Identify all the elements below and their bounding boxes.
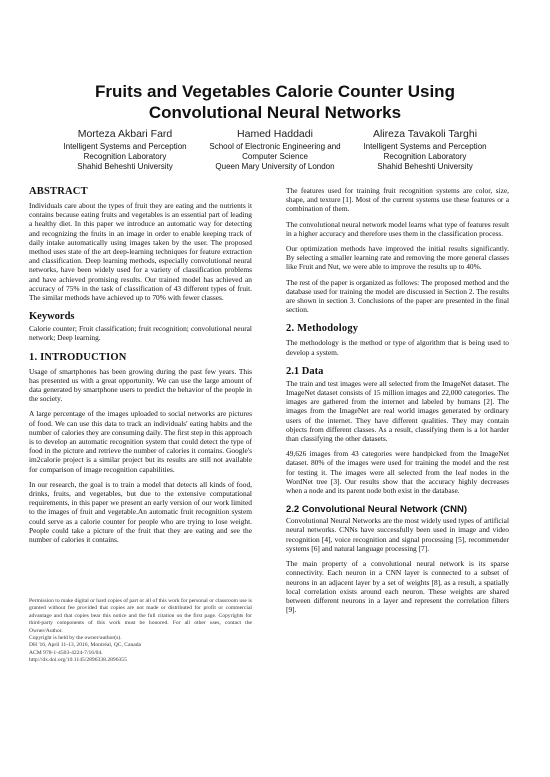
permission-notice: Permission to make digital or hard copie… bbox=[29, 598, 252, 635]
paragraph: The rest of the paper is organized as fo… bbox=[286, 278, 509, 315]
conference-line: DH '16, April 11-13, 2016, Montréal, QC,… bbox=[29, 642, 252, 649]
author-affiliation: Queen Mary University of London bbox=[200, 162, 350, 172]
author-3: Alireza Tavakoli Targhi Intelligent Syst… bbox=[350, 128, 500, 172]
author-affiliation: Recognition Laboratory bbox=[50, 152, 200, 162]
paper-page: Fruits and Vegetables Calorie Counter Us… bbox=[0, 0, 550, 777]
paragraph: The main property of a convolutional neu… bbox=[286, 559, 509, 614]
author-name: Alireza Tavakoli Targhi bbox=[350, 128, 500, 141]
author-affiliation: School of Electronic Engineering and bbox=[200, 142, 350, 152]
paragraph: Usage of smartphones has been growing du… bbox=[29, 367, 252, 404]
acm-isbn: ACM 978-1-4503-4224-7/16/04. bbox=[29, 650, 252, 657]
author-block: Morteza Akbari Fard Intelligent Systems … bbox=[50, 128, 500, 172]
paragraph: The train and test images were all selec… bbox=[286, 379, 509, 443]
author-2: Hamed Haddadi School of Electronic Engin… bbox=[200, 128, 350, 172]
paragraph: A large percentage of the images uploade… bbox=[29, 409, 252, 473]
author-name: Hamed Haddadi bbox=[200, 128, 350, 141]
title-line-2: Convolutional Neural Networks bbox=[0, 102, 550, 123]
abstract-text: Individuals care about the types of frui… bbox=[29, 201, 252, 302]
abstract-heading: ABSTRACT bbox=[29, 186, 252, 198]
author-affiliation: Shahid Beheshti University bbox=[350, 162, 500, 172]
paragraph: Convolutional Neural Networks are the mo… bbox=[286, 516, 509, 553]
data-heading: 2.1 Data bbox=[286, 366, 509, 378]
keywords-heading: Keywords bbox=[29, 311, 252, 323]
author-affiliation: Computer Science bbox=[200, 152, 350, 162]
paragraph: Our optimization methods have improved t… bbox=[286, 244, 509, 272]
author-affiliation: Shahid Beheshti University bbox=[50, 162, 200, 172]
paragraph: The convolutional neural network model l… bbox=[286, 220, 509, 238]
author-1: Morteza Akbari Fard Intelligent Systems … bbox=[50, 128, 200, 172]
keywords-text: Calorie counter; Fruit classification; f… bbox=[29, 324, 252, 342]
methodology-text: The methodology is the method or type of… bbox=[286, 338, 509, 356]
introduction-heading: 1. INTRODUCTION bbox=[29, 352, 252, 364]
author-affiliation: Recognition Laboratory bbox=[350, 152, 500, 162]
paragraph: In our research, the goal is to train a … bbox=[29, 480, 252, 544]
paper-title: Fruits and Vegetables Calorie Counter Us… bbox=[0, 81, 550, 123]
author-name: Morteza Akbari Fard bbox=[50, 128, 200, 141]
cnn-heading: 2.2 Convolutional Neural Network (CNN) bbox=[286, 504, 509, 515]
author-affiliation: Intelligent Systems and Perception bbox=[50, 142, 200, 152]
title-line-1: Fruits and Vegetables Calorie Counter Us… bbox=[0, 81, 550, 102]
copyright-footnote: Permission to make digital or hard copie… bbox=[29, 598, 252, 665]
paragraph: The features used for training fruit rec… bbox=[286, 186, 509, 214]
paragraph: 49,626 images from 43 categories were ha… bbox=[286, 449, 509, 495]
left-column: ABSTRACT Individuals care about the type… bbox=[29, 186, 252, 550]
copyright-line: Copyright is held by the owner/author(s)… bbox=[29, 635, 252, 642]
right-column: The features used for training fruit rec… bbox=[286, 186, 509, 620]
doi-link[interactable]: http://dx.doi.org/10.1145/2896338.289635… bbox=[29, 657, 252, 664]
author-affiliation: Intelligent Systems and Perception bbox=[350, 142, 500, 152]
methodology-heading: 2. Methodology bbox=[286, 323, 509, 335]
